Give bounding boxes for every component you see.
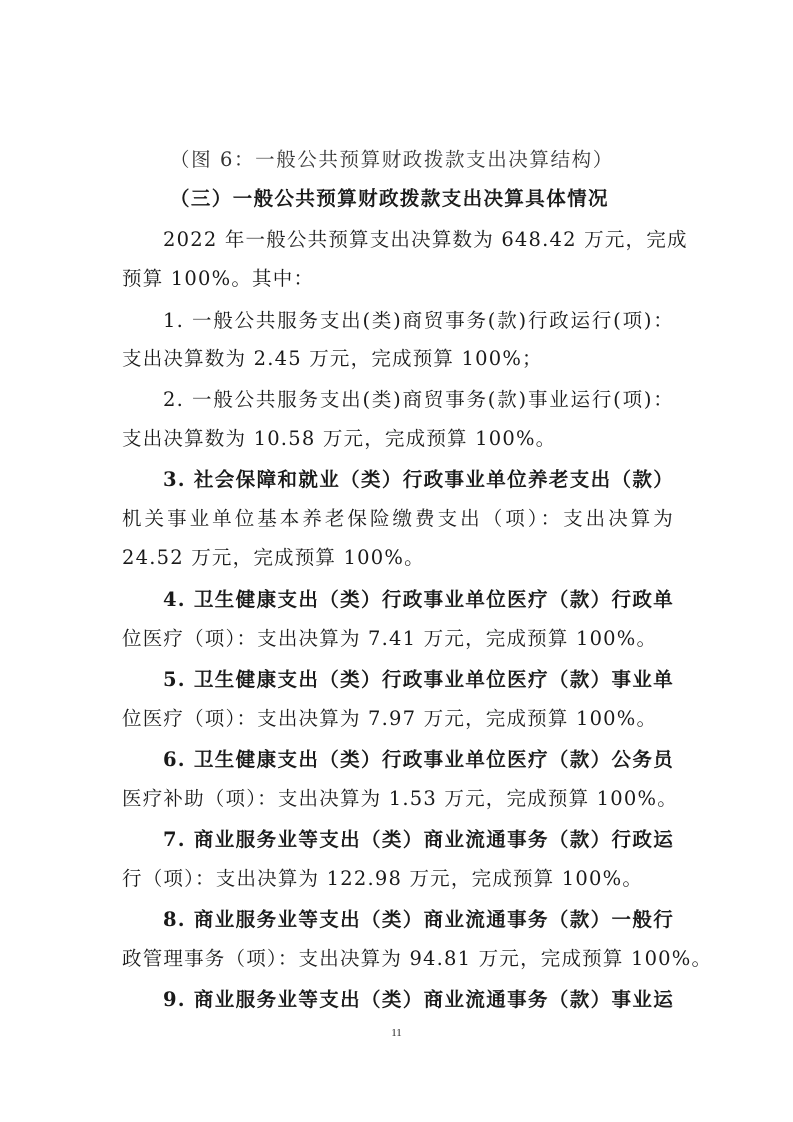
- item-3-line-3: 24.52 万元，完成预算 100%。: [122, 546, 674, 570]
- item-3-line-2: 机关事业单位基本养老保险缴费支出（项）：支出决算为: [122, 507, 674, 531]
- figure-caption: （图 6：一般公共预算财政拨款支出决算结构）: [170, 148, 722, 172]
- item-3-line-1: 3. 社会保障和就业（类）行政事业单位养老支出（款）: [163, 468, 674, 492]
- item-7-line-1: 7. 商业服务业等支出（类）商业流通事务（款）行政运: [163, 828, 674, 852]
- item-5-line-1: 5. 卫生健康支出（类）行政事业单位医疗（款）事业单: [163, 668, 674, 692]
- item-4-line-1: 4. 卫生健康支出（类）行政事业单位医疗（款）行政单: [163, 588, 674, 612]
- intro-paragraph-line-2: 预算 100%。其中：: [122, 267, 674, 291]
- item-7-line-2: 行（项）：支出决算为 122.98 万元，完成预算 100%。: [122, 867, 674, 891]
- item-6-line-2: 医疗补助（项）：支出决算为 1.53 万元，完成预算 100%。: [122, 787, 674, 811]
- item-4-line-2: 位医疗（项）：支出决算为 7.41 万元，完成预算 100%。: [122, 627, 674, 651]
- document-page: （图 6：一般公共预算财政拨款支出决算结构） （三）一般公共预算财政拨款支出决算…: [0, 0, 793, 1122]
- item-9-line-1: 9. 商业服务业等支出（类）商业流通事务（款）事业运: [163, 988, 674, 1012]
- item-1-line-2: 支出决算数为 2.45 万元，完成预算 100%；: [122, 347, 674, 371]
- item-8-line-2: 政管理事务（项）：支出决算为 94.81 万元，完成预算 100%。: [122, 947, 674, 971]
- item-8-line-1: 8. 商业服务业等支出（类）商业流通事务（款）一般行: [163, 908, 674, 932]
- page-number: 11: [0, 1027, 793, 1039]
- item-1-line-1: 1. 一般公共服务支出(类)商贸事务(款)行政运行(项)：: [163, 309, 674, 333]
- item-5-line-2: 位医疗（项）：支出决算为 7.97 万元，完成预算 100%。: [122, 707, 674, 731]
- section-heading: （三）一般公共预算财政拨款支出决算具体情况: [170, 187, 722, 211]
- intro-paragraph-line-1: 2022 年一般公共预算支出决算数为 648.42 万元，完成: [163, 228, 674, 252]
- item-2-line-2: 支出决算数为 10.58 万元，完成预算 100%。: [122, 427, 674, 451]
- item-2-line-1: 2. 一般公共服务支出(类)商贸事务(款)事业运行(项)：: [163, 388, 674, 412]
- item-6-line-1: 6. 卫生健康支出（类）行政事业单位医疗（款）公务员: [163, 748, 674, 772]
